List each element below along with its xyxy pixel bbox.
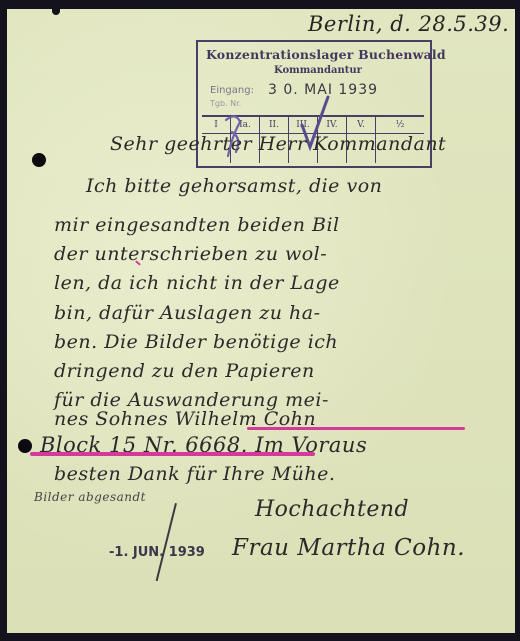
stamp-col: ½ — [376, 117, 424, 133]
body-line: besten Dank für Ihre Mühe. — [54, 463, 335, 485]
body-line: mir eingesandten beiden Bil — [54, 214, 340, 236]
body-line: dringend zu den Papieren — [54, 360, 315, 382]
body-line: bin, dafür Auslagen zu ha- — [54, 302, 321, 324]
margin-note: Bilder abgesandt — [34, 490, 146, 504]
signature: Frau Martha Cohn. — [232, 535, 465, 561]
stamp-eingang-label: Eingang: — [210, 85, 254, 96]
body-line: len, da ich nicht in der Lage — [54, 272, 340, 294]
stamp-tgb-label: Tgb. Nr. — [210, 99, 241, 108]
body-line: ben. Die Bilder benötige ich — [54, 331, 338, 353]
salutation: Sehr geehrter Herr Kommandant — [110, 133, 446, 155]
stamp-col: V. — [347, 117, 376, 133]
highlight-name-underline — [247, 427, 465, 430]
highlight-block-underline — [30, 452, 315, 456]
closing: Hochachtend — [255, 497, 409, 522]
stamp-title: Konzentrationslager Buchenwald — [206, 47, 446, 62]
punch-hole-top — [32, 153, 46, 167]
stamp-subtitle: Kommandantur — [274, 65, 362, 76]
place-date: Berlin, d. 28.5.39. — [308, 12, 509, 36]
punch-hole-bottom — [18, 439, 32, 453]
body-line: Ich bitte gehorsamst, die von — [86, 175, 382, 197]
body-line: der unterschrieben zu wol- — [54, 243, 327, 265]
outgoing-date-stamp: -1. JUN. 1939 — [109, 545, 205, 560]
stamp-col: II. — [260, 117, 289, 133]
